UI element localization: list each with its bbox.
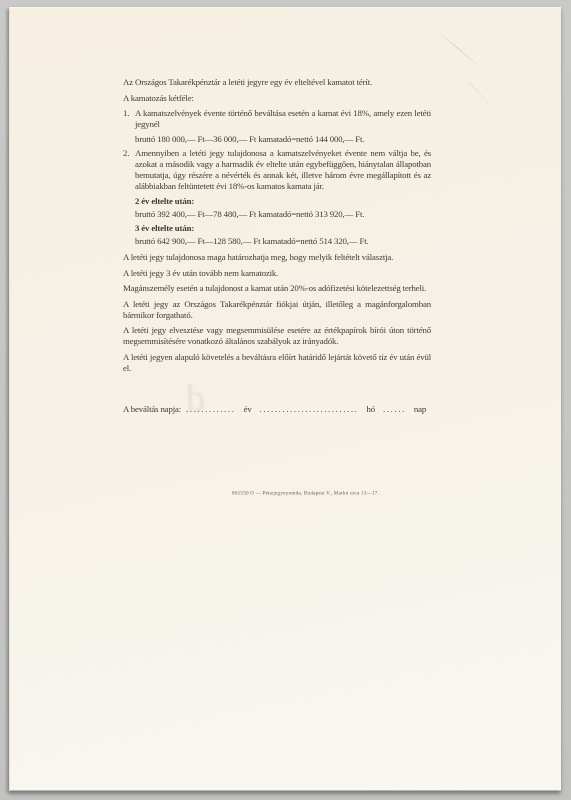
document-body: Az Országos Takarékpénztár a letéti jegy… [123, 77, 431, 415]
numbered-item-2: 2. Amennyiben a letéti jegy tulajdonosa … [123, 148, 431, 192]
paper-crease [435, 29, 480, 67]
item-1-text: A kamatszelvények évente történő beváltá… [135, 108, 431, 129]
document-page: d Az Országos Takarékpénztár a letéti je… [9, 7, 561, 791]
month-fill-in-dots: .......................... [257, 404, 362, 414]
numbered-item-1: 1. A kamatszelvények évente történő bevá… [123, 108, 431, 130]
year-fill-in-dots: ............. [183, 404, 238, 414]
day-label: nap [411, 404, 429, 414]
paragraph-transferability: A letéti jegy az Országos Takarékpénztár… [123, 299, 431, 321]
paragraph-owner-choice: A letéti jegy tulajdonosa maga határozha… [123, 252, 431, 263]
paper-bottom-edge [10, 790, 561, 791]
paper-crease-2 [468, 81, 496, 111]
paragraph-loss-destruction: A letéti jegy elvesztése vagy megsemmisü… [123, 325, 431, 347]
heading-after-2-years: 2 év eltelte után: [123, 196, 431, 207]
paragraph-tax-obligation: Magánszemély esetén a tulajdonost a kama… [123, 283, 431, 294]
item-2-text: Amennyiben a letéti jegy tulajdonosa a k… [135, 148, 431, 191]
year-label: év [241, 404, 255, 414]
paragraph-claim-expiry: A letéti jegyen alapuló követelés a bevá… [123, 352, 431, 374]
item-1-calculation: bruttó 180 000,— Ft—36 000,— Ft kamatadó… [123, 134, 431, 145]
scan-background: d Az Országos Takarékpénztár a letéti je… [0, 0, 571, 800]
redemption-date-line: A beváltás napja: ............. év .....… [123, 404, 431, 415]
heading-after-3-years: 3 év eltelte után: [123, 223, 431, 234]
month-label: hó [363, 404, 378, 414]
interest-types-label: A kamatozás kétféle: [123, 93, 431, 104]
calculation-2-years: bruttó 392 400,— Ft—78 480,— Ft kamatadó… [123, 209, 431, 220]
item-2-number: 2. [123, 148, 129, 159]
intro-paragraph: Az Országos Takarékpénztár a letéti jegy… [123, 77, 431, 88]
item-1-number: 1. [123, 108, 129, 119]
day-fill-in-dots: ...... [380, 404, 409, 414]
calculation-3-years: bruttó 642 900,— Ft—128 580,— Ft kamatad… [123, 236, 431, 247]
printer-imprint: 861550 O — Pénzjegynyomda, Budapest V., … [157, 490, 453, 496]
paragraph-no-further-interest: A letéti jegy 3 év után tovább nem kamat… [123, 268, 431, 279]
redemption-date-label: A beváltás napja: [123, 404, 181, 414]
